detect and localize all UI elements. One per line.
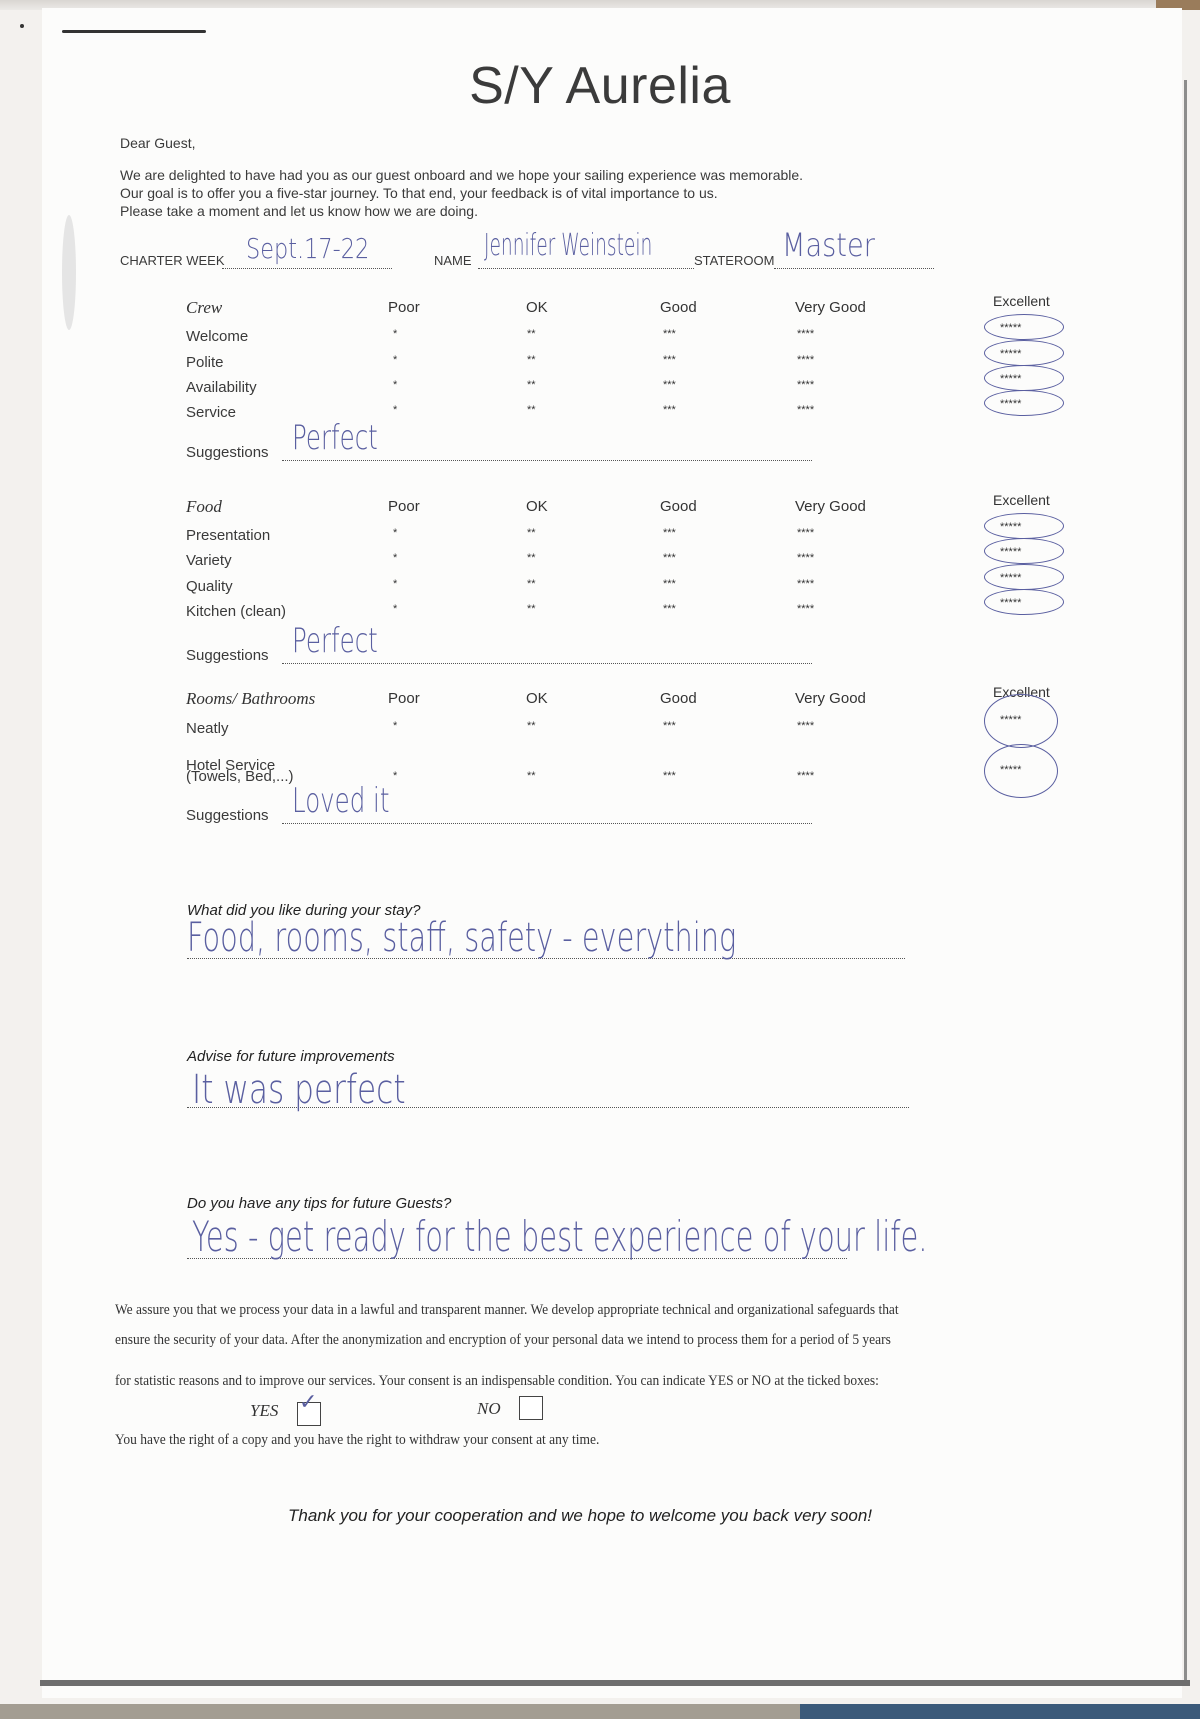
pen-mark [62, 30, 206, 33]
greeting: Dear Guest, [120, 135, 195, 151]
rights-statement: You have the right of a copy and you hav… [115, 1432, 599, 1449]
rating-option[interactable]: *** [663, 552, 676, 564]
selected-rating-circle [984, 744, 1058, 798]
selected-rating-circle [984, 365, 1064, 391]
suggestions-label: Suggestions [186, 444, 269, 461]
suggestions-label: Suggestions [186, 647, 269, 664]
answer-liked[interactable]: Food, rooms, staff, safety - everything [187, 915, 736, 961]
stateroom-line [774, 268, 934, 269]
scan-right-edge [1184, 80, 1187, 1680]
rating-option[interactable]: ** [527, 770, 536, 782]
rating-option[interactable]: * [393, 720, 397, 732]
scan-background-object [800, 1704, 1200, 1719]
row-label: Polite [186, 354, 224, 371]
row-label: Presentation [186, 527, 270, 544]
section-heading: Rooms/ Bathrooms [186, 689, 315, 709]
row-label: Availability [186, 379, 257, 396]
column-header: Very Good [795, 498, 866, 515]
rating-option[interactable]: ** [527, 527, 536, 539]
suggestions-answer[interactable]: Perfect [292, 418, 378, 458]
suggestions-answer[interactable]: Loved it [292, 781, 389, 821]
rating-option[interactable]: *** [663, 354, 676, 366]
selected-rating-circle [984, 390, 1064, 416]
rating-option[interactable]: *** [663, 328, 676, 340]
column-header: Good [660, 498, 697, 515]
rating-option[interactable]: * [393, 328, 397, 340]
column-header: OK [526, 498, 548, 515]
no-label: NO [477, 1399, 501, 1419]
rating-option[interactable]: *** [663, 379, 676, 391]
rating-option[interactable]: **** [797, 770, 814, 782]
suggestions-line [282, 823, 812, 824]
rating-option[interactable]: **** [797, 578, 814, 590]
row-label: Welcome [186, 328, 248, 345]
rating-option[interactable]: **** [797, 603, 814, 615]
name-value[interactable]: Jennifer Weinstein [484, 228, 652, 263]
selected-rating-circle [984, 538, 1064, 564]
rating-option[interactable]: **** [797, 328, 814, 340]
document-title: S/Y Aurelia [0, 56, 1200, 116]
rating-option[interactable]: * [393, 404, 397, 416]
answer-tips[interactable]: Yes - get ready for the best experience … [192, 1212, 928, 1261]
selected-rating-circle [984, 694, 1058, 748]
rating-option[interactable]: **** [797, 527, 814, 539]
rating-option[interactable]: ** [527, 578, 536, 590]
question-improvements: Advise for future improvements [187, 1048, 395, 1065]
rating-option[interactable]: **** [797, 720, 814, 732]
charter-week-label: CHARTER WEEK [120, 253, 225, 268]
rating-option[interactable]: ** [527, 720, 536, 732]
stateroom-value[interactable]: Master [782, 226, 875, 264]
row-label: Variety [186, 552, 232, 569]
suggestions-line [282, 460, 812, 461]
rating-option[interactable]: ** [527, 603, 536, 615]
rating-option[interactable]: **** [797, 552, 814, 564]
selected-rating-circle [984, 564, 1064, 590]
charter-week-line [222, 268, 392, 269]
ink-dot [20, 24, 24, 28]
rating-option[interactable]: * [393, 578, 397, 590]
column-header: Good [660, 690, 697, 707]
closing-message: Thank you for your cooperation and we ho… [288, 1506, 872, 1526]
column-header: OK [526, 690, 548, 707]
column-header: Excellent [993, 492, 1050, 508]
column-header: Good [660, 299, 697, 316]
intro-line: Our goal is to offer you a five-star jou… [120, 184, 803, 202]
rating-option[interactable]: ** [527, 404, 536, 416]
selected-rating-circle [984, 340, 1064, 366]
rating-option[interactable]: ** [527, 354, 536, 366]
selected-rating-circle [984, 589, 1064, 615]
rating-option[interactable]: * [393, 770, 397, 782]
rating-option[interactable]: *** [663, 720, 676, 732]
section-heading: Food [186, 497, 222, 517]
rating-option[interactable]: * [393, 379, 397, 391]
column-header: Excellent [993, 293, 1050, 309]
rating-option[interactable]: * [393, 527, 397, 539]
privacy-line: ensure the security of your data. After … [115, 1332, 891, 1349]
rating-option[interactable]: * [393, 603, 397, 615]
selected-rating-circle [984, 513, 1064, 539]
rating-option[interactable]: * [393, 354, 397, 366]
privacy-line: for statistic reasons and to improve our… [115, 1373, 879, 1390]
name-label: NAME [434, 253, 472, 268]
scan-bottom-edge [40, 1680, 1190, 1686]
rating-option[interactable]: ** [527, 379, 536, 391]
rating-option[interactable]: *** [663, 578, 676, 590]
privacy-line: We assure you that we process your data … [115, 1302, 899, 1319]
column-header: Poor [388, 299, 420, 316]
yes-label: YES [250, 1401, 278, 1421]
question-tips: Do you have any tips for future Guests? [187, 1195, 451, 1212]
no-checkbox[interactable] [519, 1396, 543, 1420]
intro-line: We are delighted to have had you as our … [120, 166, 803, 184]
column-header: OK [526, 299, 548, 316]
row-label-detail: (Towels, Bed,...) [186, 768, 294, 785]
row-label: Service [186, 404, 236, 421]
scan-shadow [62, 215, 76, 330]
rating-option[interactable]: ** [527, 552, 536, 564]
rating-option[interactable]: **** [797, 404, 814, 416]
rating-option[interactable]: * [393, 552, 397, 564]
intro-paragraph: We are delighted to have had you as our … [120, 166, 803, 220]
section-heading: Crew [186, 298, 222, 318]
column-header: Very Good [795, 299, 866, 316]
rating-option[interactable]: *** [663, 770, 676, 782]
rating-option[interactable]: **** [797, 379, 814, 391]
charter-week-value[interactable]: Sept.17-22 [246, 232, 369, 265]
rating-option[interactable]: *** [663, 404, 676, 416]
rating-option[interactable]: *** [663, 527, 676, 539]
column-header: Very Good [795, 690, 866, 707]
stateroom-label: STATEROOM [694, 253, 774, 268]
suggestions-line [282, 663, 812, 664]
checkmark-icon: ✓ [299, 1390, 317, 1415]
rating-option[interactable]: *** [663, 603, 676, 615]
rating-option[interactable]: **** [797, 354, 814, 366]
intro-line: Please take a moment and let us know how… [120, 202, 803, 220]
name-line [478, 268, 694, 269]
rating-option[interactable]: ** [527, 328, 536, 340]
answer-improvements[interactable]: It was perfect [192, 1067, 406, 1113]
row-label: Neatly [186, 720, 229, 737]
column-header: Poor [388, 498, 420, 515]
row-label: Kitchen (clean) [186, 603, 286, 620]
column-header: Poor [388, 690, 420, 707]
suggestions-label: Suggestions [186, 807, 269, 824]
row-label: Quality [186, 578, 233, 595]
suggestions-answer[interactable]: Perfect [292, 621, 378, 661]
selected-rating-circle [984, 314, 1064, 340]
